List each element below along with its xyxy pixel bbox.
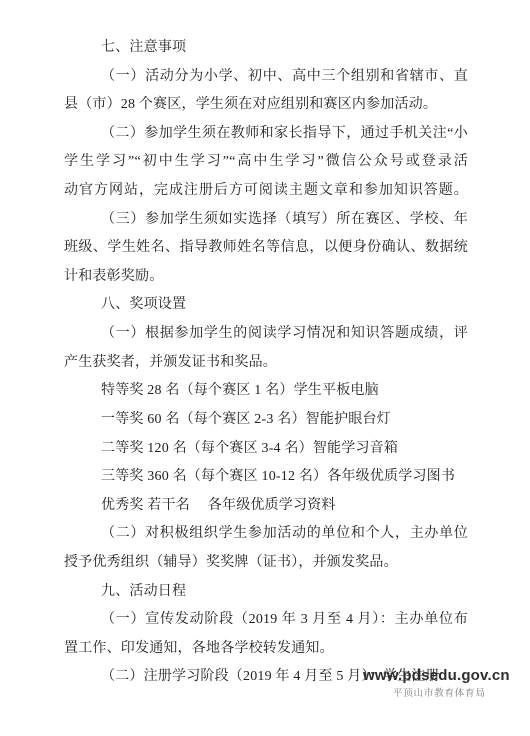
watermark-url: www.pdsedu.gov.cn: [363, 667, 510, 684]
text-line: 一等奖 60 名（每个赛区 2-3 名）智能护眼台灯: [64, 406, 468, 435]
text-line: 特等奖 28 名（每个赛区 1 名）学生平板电脑: [64, 377, 468, 406]
text-line: （二）对积极组织学生参加活动的单位和个人，主办单位将: [64, 520, 468, 549]
text-line: （一）根据参加学生的阅读学习情况和知识答题成绩，评选: [64, 320, 468, 349]
page: 七、注意事项（一）活动分为小学、初中、高中三个组别和省辖市、直管县（市）28 个…: [0, 0, 530, 736]
text-line: 计和表彰奖励。: [64, 263, 468, 292]
text-line: 学生学习”“初中生学习”“高中生学习”微信公众号或登录活: [64, 148, 468, 177]
text-line: （一）宣传发动阶段（2019 年 3 月至 4 月）：主办单位布: [64, 606, 468, 635]
text-line: 三等奖 360 名（每个赛区 10-12 名）各年级优质学习图书: [64, 463, 468, 492]
text-line: 优秀奖 若干名 各年级优质学习资料: [64, 492, 468, 521]
text-line: 产生获奖者，并颁发证书和奖品。: [64, 349, 468, 378]
text-line: （二）参加学生须在教师和家长指导下，通过手机关注“小: [64, 120, 468, 149]
text-line: 二等奖 120 名（每个赛区 3-4 名）智能学习音箱: [64, 435, 468, 464]
document-body: 七、注意事项（一）活动分为小学、初中、高中三个组别和省辖市、直管县（市）28 个…: [64, 34, 468, 692]
text-line: （一）活动分为小学、初中、高中三个组别和省辖市、直管: [64, 63, 468, 92]
text-line: （三）参加学生须如实选择（填写）所在赛区、学校、年级、: [64, 206, 468, 235]
section-heading: 八、奖项设置: [64, 291, 468, 320]
section-heading: 七、注意事项: [64, 34, 468, 63]
text-line: 班级、学生姓名、指导教师姓名等信息，以便身份确认、数据统: [64, 234, 468, 263]
text-line: 授予优秀组织（辅导）奖奖牌（证书），并颁发奖品。: [64, 549, 468, 578]
text-line: 动官方网站，完成注册后方可阅读主题文章和参加知识答题。: [64, 177, 468, 206]
section-heading: 九、活动日程: [64, 578, 468, 607]
watermark-org: 平顶山市教育体育局: [393, 685, 486, 699]
text-line: 置工作、印发通知，各地各学校转发通知。: [64, 635, 468, 664]
text-line: 县（市）28 个赛区，学生须在对应组别和赛区内参加活动。: [64, 91, 468, 120]
